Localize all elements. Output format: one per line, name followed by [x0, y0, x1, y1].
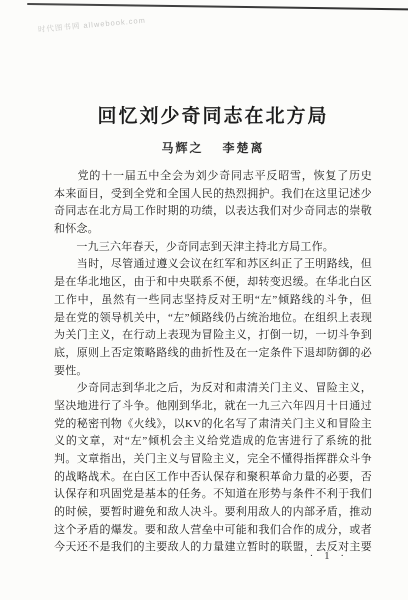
body-line: 是在华北地区，由于和中央联系不便，却转变迟缓。在华北白区	[54, 274, 372, 292]
body-line: 和怀念。	[54, 221, 372, 239]
body-line: 当时，尽管通过遵义会议在红军和苏区纠正了王明路线，但	[54, 256, 372, 274]
author-name-1: 马辉之	[161, 141, 203, 155]
article-body: 党的十一届五中全会为刘少奇同志平反昭雪，恢复了历史 本来面目，受到全党和全国人民…	[54, 168, 372, 557]
article-authors: 马辉之 李楚离	[54, 139, 372, 156]
page-number: · 1 ·	[54, 550, 372, 562]
body-line: 为关门主义，在行动上表现为冒险主义，打倒一切，一切斗争到	[54, 327, 372, 345]
body-line: 认保存和巩固党是基本的任务。不知道在形势与条件不利于我们	[54, 486, 372, 504]
body-line: 义的文章，对“左”倾机会主义给党造成的危害进行了系统的批	[54, 433, 372, 451]
watermark-text: 时代图书网 allwebook.com	[38, 15, 147, 35]
body-line: 的战略战术。在白区工作中否认保存和聚积革命力量的必要，否	[54, 469, 372, 487]
body-line: 少奇同志到华北之后，为反对和肃清关门主义、冒险主义，	[54, 380, 372, 398]
body-line: 的时候，要暂时避免和敌人决斗。要利用敌人的内部矛盾，推动	[54, 504, 372, 522]
book-page: 时代图书网 allwebook.com 回忆刘少奇同志在北方局 马辉之 李楚离 …	[0, 0, 408, 600]
body-line: 判。文章指出，关门主义与冒险主义，完全不懂得指挥群众斗争	[54, 451, 372, 469]
body-line: 本来面目，受到全党和全国人民的热烈拥护。我们在这里记述少	[54, 186, 372, 204]
body-line: 奇同志在北方局工作时期的功绩，以表达我们对少奇同志的崇敬	[54, 203, 372, 221]
article-title: 回忆刘少奇同志在北方局	[54, 106, 372, 128]
author-name-2: 李楚离	[223, 141, 265, 155]
body-line: 要性。	[54, 363, 372, 381]
body-line: 这个矛盾的爆发。要和敌人营垒中可能和我们合作的成分，或者	[54, 522, 372, 540]
body-line: 党的十一届五中全会为刘少奇同志平反昭雪，恢复了历史	[54, 168, 372, 186]
body-line: 一九三六年春天，少奇同志到天津主持北方局工作。	[54, 239, 372, 257]
body-line: 坚决地进行了斗争。他刚到华北，就在一九三六年四月十日通过	[54, 398, 372, 416]
body-line: 工作中，虽然有一些同志坚持反对王明“左”倾路线的斗争，但	[54, 292, 372, 310]
body-line: 底，原则上否定策略路线的曲折性及在一定条件下退却防御的必	[54, 345, 372, 363]
body-line: 党的秘密刊物《火线》，以KV的化名写了肃清关门主义和冒险主	[54, 416, 372, 434]
scan-edge-line	[27, 3, 408, 11]
body-line: 是在党的领导机关中，“左”倾路线仍占统治地位。在组织上表现	[54, 310, 372, 328]
